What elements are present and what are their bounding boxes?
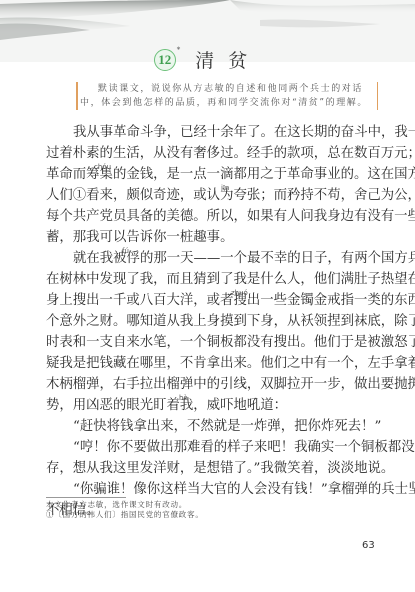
pinyin-annotation: zhuó — [231, 283, 248, 304]
text-line: 个意外之财。哪知道从我上身摸到下身，从袄领捏到袜底，除了一只 — [46, 311, 374, 332]
text-line: 革命而筹集的金钱，是一点一滴都用之于革命事业的。这在国方的伟chóu — [46, 164, 374, 185]
pinyin-annotation: hè — [179, 388, 188, 409]
text-line: 蓄，那我可以告诉你一桩趣事。 — [46, 227, 374, 248]
reading-guide-box: 默读课文，说说你从方志敏的自述和他同两个兵士的对话中，体会到他怎样的品质，再和同… — [80, 82, 370, 110]
text-line-content: 时表和一支自来水笔，一个铜板都没有搜出。他们于是被激怒了，猜 — [46, 335, 415, 350]
text-line-content: “赶快将钱拿出来，不然就是一炸弹，把你炸死去！” — [73, 419, 381, 434]
text-line-content: 我从事革命斗争，已经十余年了。在这长期的奋斗中，我一向是 — [73, 125, 415, 140]
pinyin-annotation: chóu — [94, 157, 111, 178]
footnote-1: ①〔国方的伟人们〕指国民党的官僚政客。 — [46, 510, 204, 520]
text-line: 每个共产党员具备的美德。所以，如果有人问我身边有没有一些积 — [46, 206, 374, 227]
text-line-content: 势，用凶恶的眼光盯着我，威吓地吼道： — [46, 398, 287, 413]
text-line-content: 个意外之财。哪知道从我上身摸到下身，从袄领捏到袜底，除了一只 — [46, 314, 415, 329]
text-line: 疑我是把钱藏在哪里，不肯拿出来。他们之中有一个，左手拿着一个 — [46, 353, 374, 374]
text-line: 身上搜出一千或八百大洋，或者搜出一些金镯金戒指一类的东西，发zhuó — [46, 290, 374, 311]
page-number: 63 — [362, 540, 375, 551]
text-line: “赶快将钱拿出来，不然就是一炸弹，把你炸死去！” — [46, 416, 374, 437]
text-line-content: 木柄榴弹，右手拉出榴弹中的引线，双脚拉开一步，做出要抛掷的姿 — [46, 377, 415, 392]
lesson-number-badge: 12 — [154, 49, 176, 71]
text-line: 人们①看来，颇似奇迹，或认为夸张；而矜持不苟，舍己为公，却是jīn — [46, 185, 374, 206]
text-line: 就在我被俘的那一天——一个最不幸的日子，有两个国方兵士，fú — [46, 248, 374, 269]
text-line: 存，想从我这里发洋财，是想错了。”我微笑着，淡淡地说。 — [46, 458, 374, 479]
text-line-content: 疑我是把钱藏在哪里，不肯拿出来。他们之中有一个，左手拿着一个 — [46, 356, 415, 371]
text-line-content: 蓄，那我可以告诉你一桩趣事。 — [46, 230, 233, 245]
text-line-content: 每个共产党员具备的美德。所以，如果有人问我身边有没有一些积 — [46, 209, 415, 224]
text-line: “哼！你不要做出那难看的样子来吧！我确实一个铜板都没有 — [46, 437, 374, 458]
pinyin-annotation: fú — [122, 241, 129, 262]
footnote-divider — [46, 497, 126, 498]
footnotes: 本文作者方志敏，选作课文时有改动。 ①〔国方的伟人们〕指国民党的官僚政客。 — [46, 500, 204, 520]
text-line-content: “你骗谁！像你这样当大官的人会没有钱！”拿榴弹的兵士坚决 — [73, 482, 415, 497]
guide-right-bar — [377, 82, 379, 110]
text-line: 我从事革命斗争，已经十余年了。在这长期的奋斗中，我一向是 — [46, 122, 374, 143]
footnote-source: 本文作者方志敏，选作课文时有改动。 — [46, 500, 204, 510]
text-line: 木柄榴弹，右手拉出榴弹中的引线，双脚拉开一步，做出要抛掷的姿 — [46, 374, 374, 395]
text-line-content: 人们①看来，颇似奇迹，或认为夸张；而矜持不苟，舍己为公，却是 — [46, 188, 415, 203]
text-line: 在树林中发现了我，而且猜到了我是什么人，他们满肚子热望在我 — [46, 269, 374, 290]
guide-left-bar — [76, 82, 78, 110]
text-line: 时表和一支自来水笔，一个铜板都没有搜出。他们于是被激怒了，猜 — [46, 332, 374, 353]
pinyin-annotation: jīn — [221, 178, 229, 199]
text-line: 势，用凶恶的眼光盯着我，威吓地吼道：hè — [46, 395, 374, 416]
text-line-content: “哼！你不要做出那难看的样子来吧！我确实一个铜板都没有 — [73, 440, 415, 455]
lesson-title-row: 12* 清贫 — [0, 46, 415, 73]
lesson-optional-marker: * — [177, 46, 181, 54]
reading-guide-text: 默读课文，说说你从方志敏的自述和他同两个兵士的对话中，体会到他怎样的品质，再和同… — [80, 82, 370, 110]
text-line-content: 存，想从我这里发洋财，是想错了。”我微笑着，淡淡地说。 — [46, 461, 394, 476]
article-body: 我从事革命斗争，已经十余年了。在这长期的奋斗中，我一向是过着朴素的生活，从没有奢… — [46, 122, 374, 521]
lesson-title: 清贫 — [195, 46, 261, 73]
